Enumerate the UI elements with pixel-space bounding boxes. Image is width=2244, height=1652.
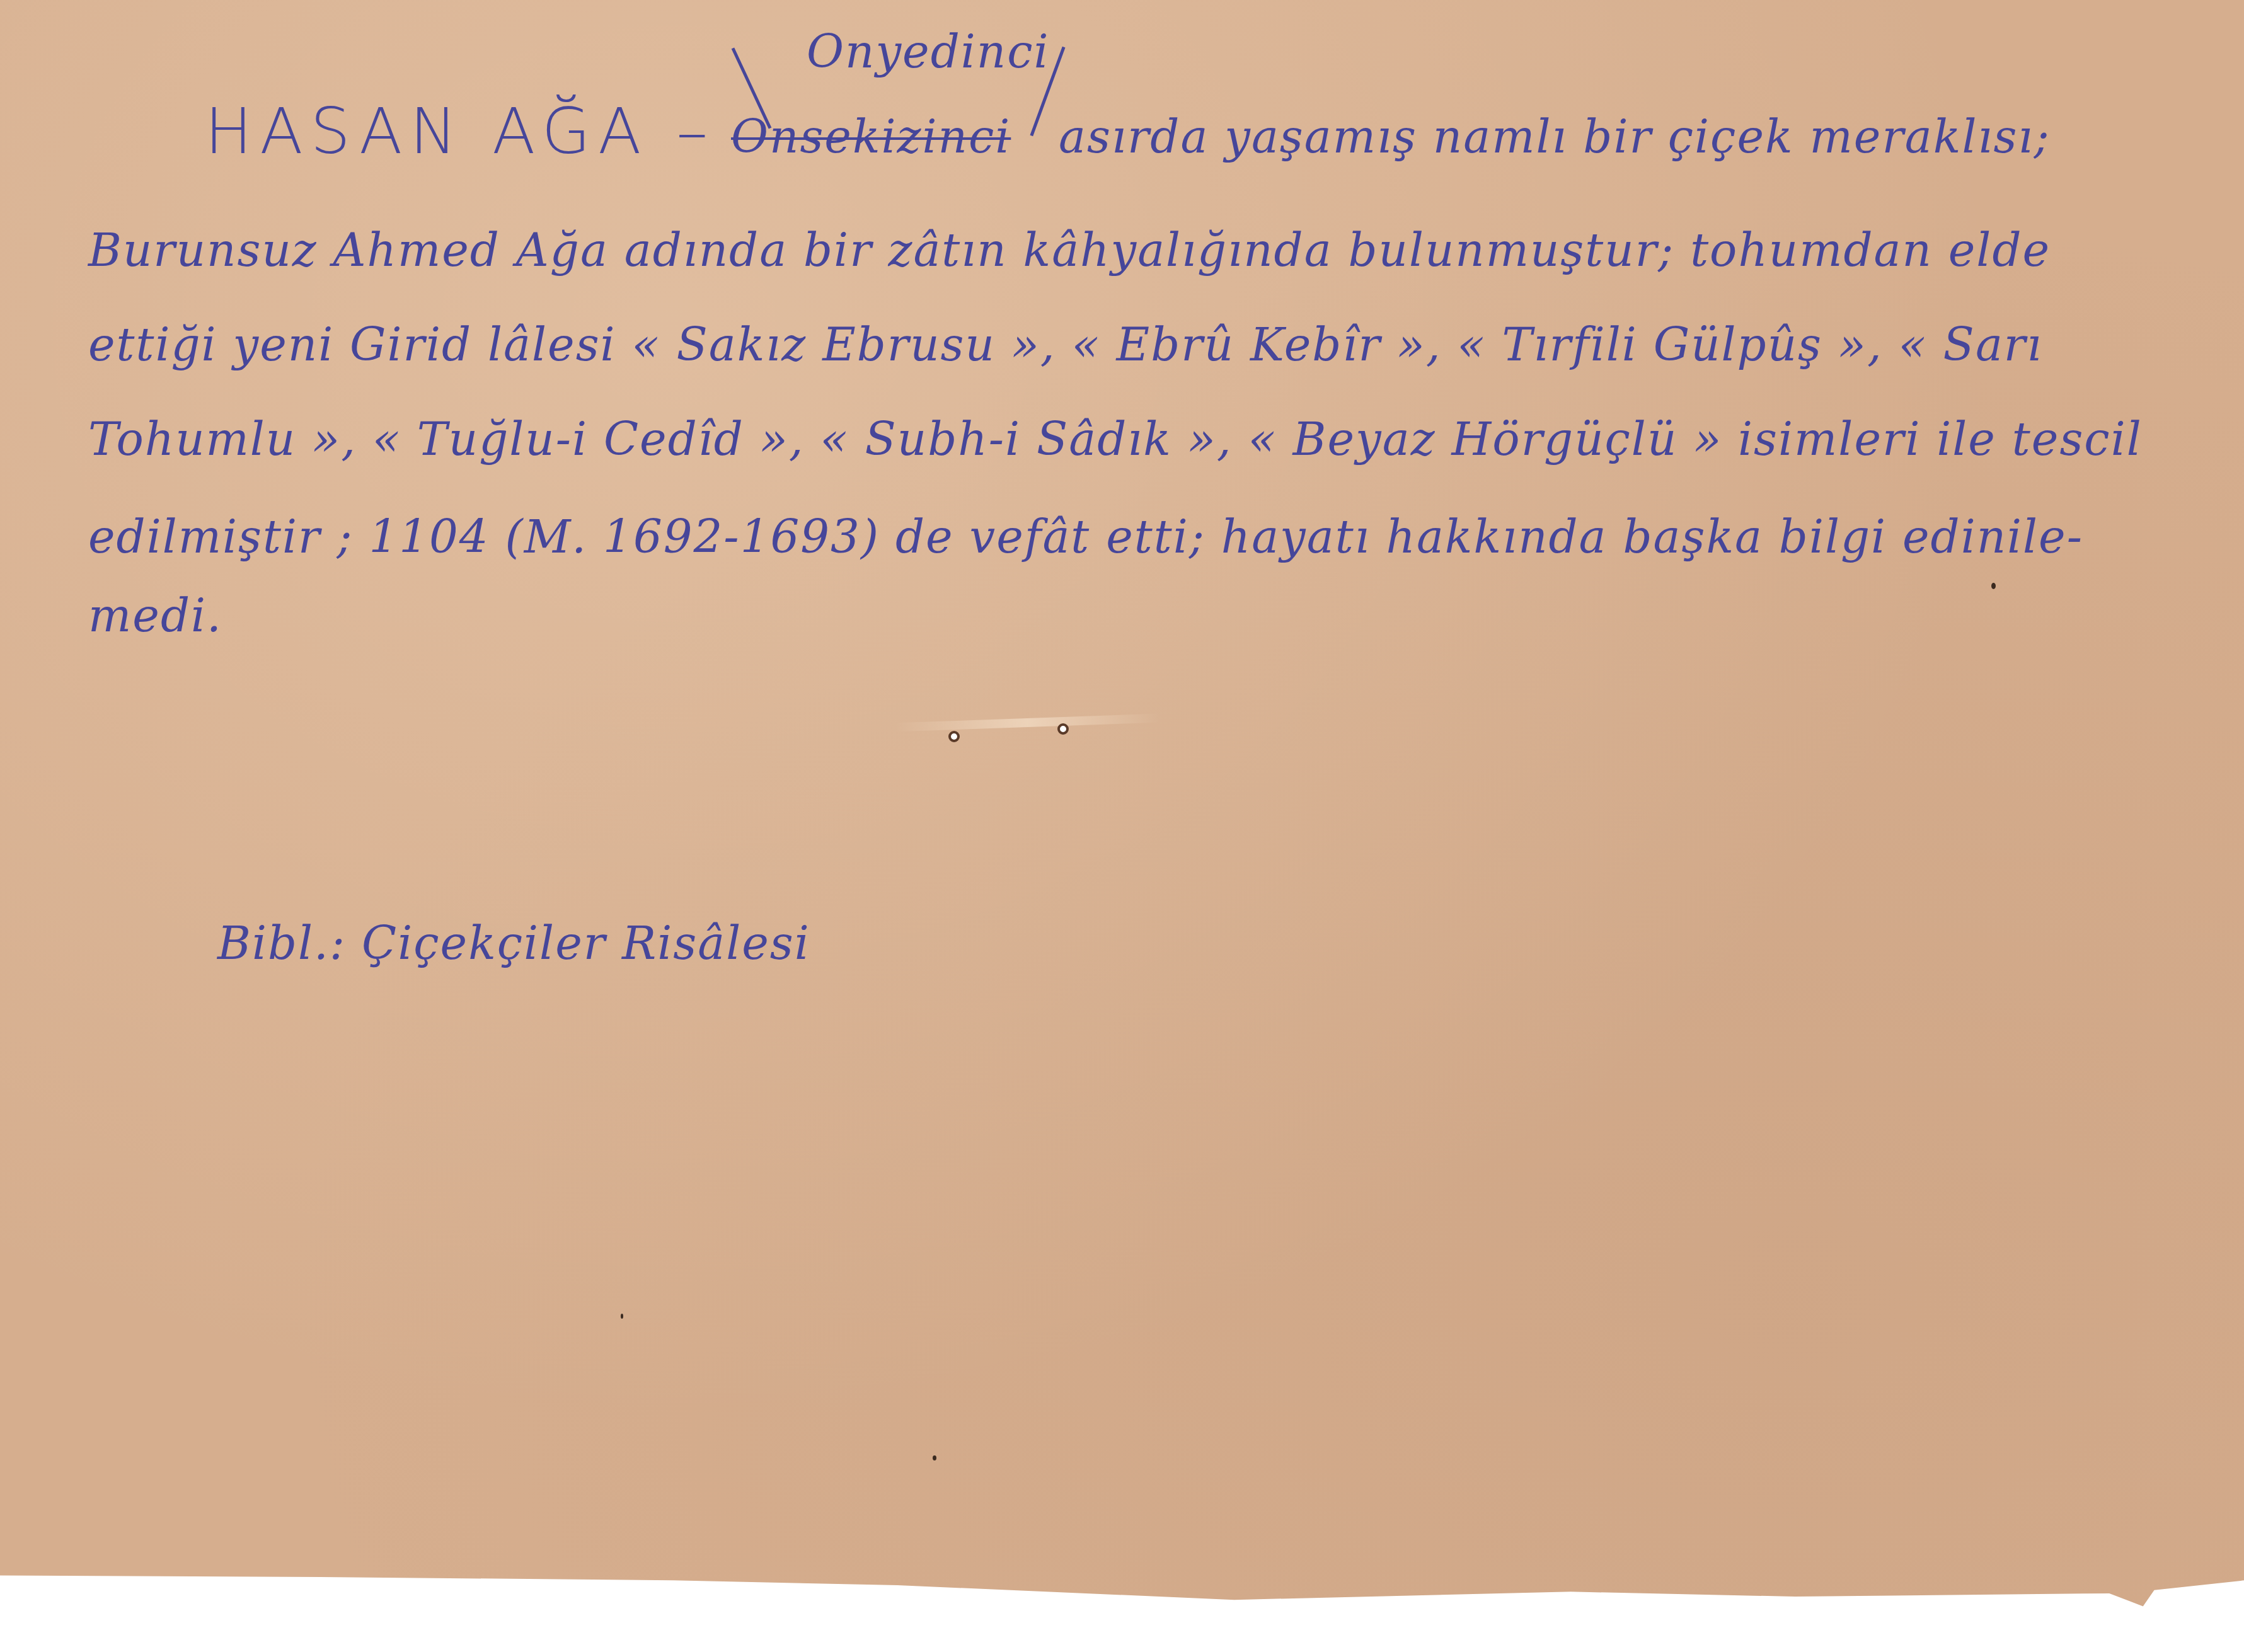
ink-speck (621, 1314, 623, 1319)
struck-through-word: Onsekizinci (731, 110, 1011, 163)
text-line-5: edilmiştir ; 1104 (M. 1692-1693) de vefâ… (88, 510, 2083, 563)
text-line-6: medi. (88, 589, 222, 642)
text-line-2: Burunsuz Ahmed Ağa adında bir zâtın kâhy… (88, 224, 2051, 277)
text-line-3: ettiği yeni Girid lâlesi « Sakız Ebrusu … (88, 318, 2042, 371)
paper-crease (895, 714, 1159, 732)
text-line-1: asırda yaşamış namlı bir çiçek meraklısı… (1059, 110, 2051, 163)
text-line-4: Tohumlu », « Tuğlu-i Cedîd », « Subh-i S… (88, 413, 2143, 466)
entry-heading: HASAN AĞA – (205, 95, 715, 168)
inserted-correction: Onyedinci (807, 25, 1050, 78)
staple-hole-icon (1057, 723, 1069, 735)
bibliography-note: Bibl.: Çiçekçiler Risâlesi (217, 917, 810, 970)
staple-hole-icon (948, 731, 960, 742)
ink-speck (933, 1455, 936, 1460)
index-card: HASAN AĞA – Onyedinci Onsekizinci asırda… (0, 0, 2244, 1619)
ink-speck (1991, 583, 1996, 589)
